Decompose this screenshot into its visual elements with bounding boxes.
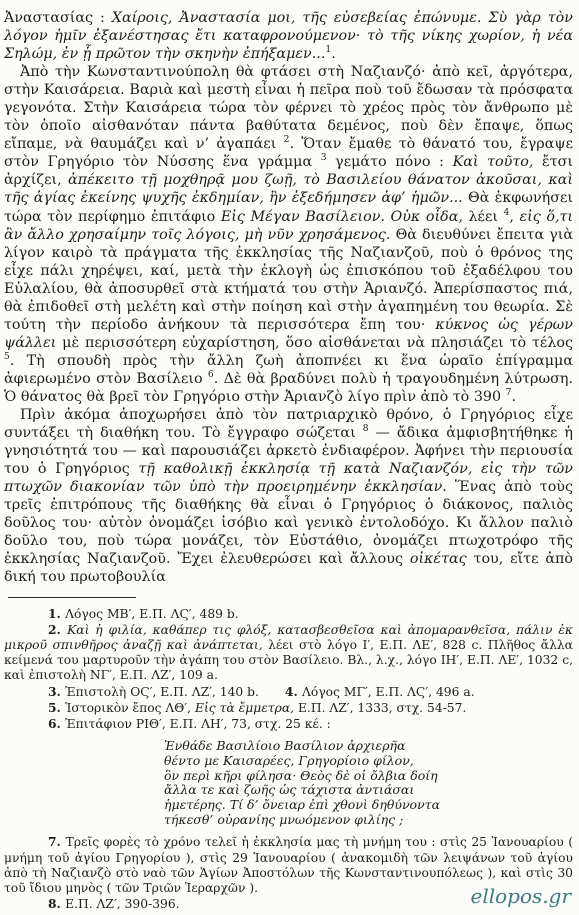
watermark-ellopos: ellopos.gr [471, 884, 572, 908]
main-text: Ἀναστασίας : Χαίροις, Ἀναστασία μοι, τῆς… [4, 9, 573, 587]
scanned-book-page: Ἀναστασίας : Χαίροις, Ἀναστασία μοι, τῆς… [0, 0, 579, 915]
footnote-2: 2. Καὶ ἡ φιλία, καθάπερ τις φλόξ, κατασβ… [4, 622, 573, 684]
poem-line: ἄλλα τε καὶ ζωῆς ὡς τάχιστα ἀντιάσαι [164, 783, 573, 798]
paragraph-testament: Πρὶν ἀκόμα ἀποχωρήσει ἀπὸ τὸν πατριαρχικ… [4, 406, 573, 586]
footnote-separator [8, 597, 136, 598]
footnotes-section: 1. Λόγος ΜΒ′, Ε.Π. ΛϚ′, 489 b. 2. Καὶ ἡ … [4, 606, 573, 913]
poem-line: Ἐνθάδε Βασιλίοιο Βασίλιον ἀρχιερῆα [164, 739, 573, 754]
epigram-poem: Ἐνθάδε Βασιλίοιο Βασίλιον ἀρχιερῆα θέντο… [164, 739, 573, 827]
footnote-1: 1. Λόγος ΜΒ′, Ε.Π. ΛϚ′, 489 b. [4, 606, 573, 622]
paragraph-quote-anastasia: Ἀναστασίας : Χαίροις, Ἀναστασία μοι, τῆς… [4, 9, 573, 63]
footnote-5: 5. Ἱστορικὸν ἔπος ΛΘ′, Εἰς τὰ ἔμμετρα, Ε… [4, 700, 573, 716]
poem-line: θέντο με Καισαρέες, Γρηγορίοιο φίλον, [164, 754, 573, 769]
poem-line: ἡμετέρης. Τί δ’ ὄνειαρ ἐπὶ χθονὶ δηθύνον… [164, 798, 573, 813]
paragraph-kaisareia: Ἀπὸ τὴν Κωνσταντινούπολη θὰ φτάσει στὴ Ν… [4, 63, 573, 406]
footnote-3-4: 3. Ἐπιστολὴ ΟϚ′, Ε.Π. ΛΖ′, 140 b.4. Λόγο… [4, 684, 573, 700]
footnote-6: 6. Ἐπιτάφιον ΡΙΘ′, Ε.Π. ΛΗ′, 73, στχ. 25… [4, 716, 573, 732]
poem-line: ὃν περὶ κῆρι φίλησα· Θεὸς δὲ οἱ ὄλβια δο… [164, 769, 573, 784]
poem-line: τήκεσθ’ οὐρανίης μνωόμενον φιλίης ; [164, 813, 573, 828]
